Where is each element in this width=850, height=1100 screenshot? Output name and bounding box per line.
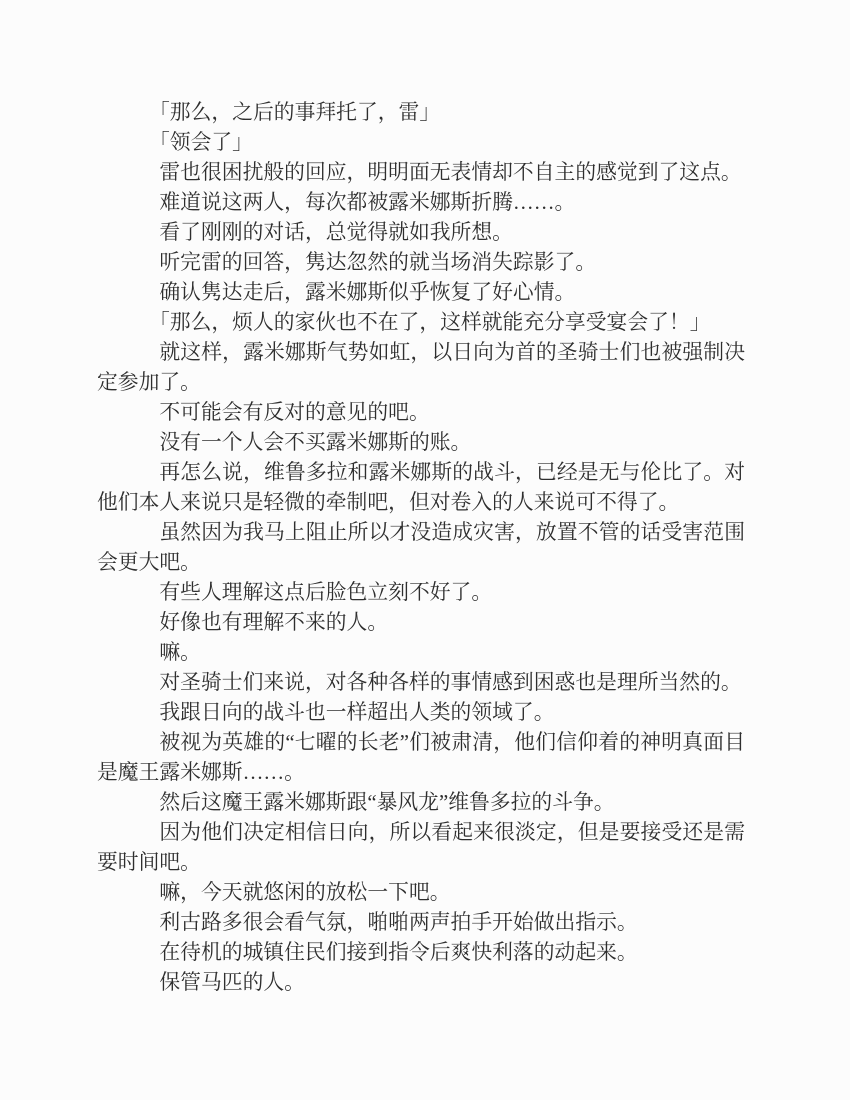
paragraph-dialogue: 「那么，之后的事拜托了，雷」	[97, 98, 745, 128]
paragraph: 然后这魔王露米娜斯跟“暴风龙”维鲁多拉的斗争。	[97, 788, 745, 818]
paragraph: 利古路多很会看气氛，啪啪两声拍手开始做出指示。	[97, 908, 745, 938]
paragraph: 不可能会有反对的意见的吧。	[97, 398, 745, 428]
paragraph-dialogue: 「领会了」	[97, 128, 745, 158]
paragraph: 对圣骑士们来说，对各种各样的事情感到困惑也是理所当然的。	[97, 668, 745, 698]
paragraph: 好像也有理解不来的人。	[97, 608, 745, 638]
paragraph: 因为他们决定相信日向，所以看起来很淡定，但是要接受还是需要时间吧。	[97, 818, 745, 878]
text-page: 「那么，之后的事拜托了，雷」 「领会了」 雷也很困扰般的回应，明明面无表情却不自…	[97, 98, 745, 998]
paragraph: 确认隽达走后，露米娜斯似乎恢复了好心情。	[97, 278, 745, 308]
paragraph: 嘛。	[97, 638, 745, 668]
paragraph: 看了刚刚的对话，总觉得就如我所想。	[97, 218, 745, 248]
paragraph: 有些人理解这点后脸色立刻不好了。	[97, 578, 745, 608]
paragraph: 保管马匹的人。	[97, 968, 745, 998]
paragraph: 虽然因为我马上阻止所以才没造成灾害，放置不管的话受害范围会更大吧。	[97, 518, 745, 578]
paragraph: 难道说这两人，每次都被露米娜斯折腾……。	[97, 188, 745, 218]
paragraph: 嘛，今天就悠闲的放松一下吧。	[97, 878, 745, 908]
paragraph: 没有一个人会不买露米娜斯的账。	[97, 428, 745, 458]
paragraph: 雷也很困扰般的回应，明明面无表情却不自主的感觉到了这点。	[97, 158, 745, 188]
paragraph: 我跟日向的战斗也一样超出人类的领域了。	[97, 698, 745, 728]
paragraph: 在待机的城镇住民们接到指令后爽快利落的动起来。	[97, 938, 745, 968]
paragraph: 被视为英雄的“七曜的长老”们被肃清，他们信仰着的神明真面目是魔王露米娜斯……。	[97, 728, 745, 788]
paragraph: 再怎么说，维鲁多拉和露米娜斯的战斗，已经是无与伦比了。对他们本人来说只是轻微的牵…	[97, 458, 745, 518]
novel-page: { "meta": { "background_color": "#fcfcfc…	[0, 0, 850, 1100]
paragraph: 听完雷的回答，隽达忽然的就当场消失踪影了。	[97, 248, 745, 278]
paragraph: 就这样，露米娜斯气势如虹，以日向为首的圣骑士们也被强制决定参加了。	[97, 338, 745, 398]
paragraph-dialogue: 「那么，烦人的家伙也不在了，这样就能充分享受宴会了！」	[97, 308, 745, 338]
